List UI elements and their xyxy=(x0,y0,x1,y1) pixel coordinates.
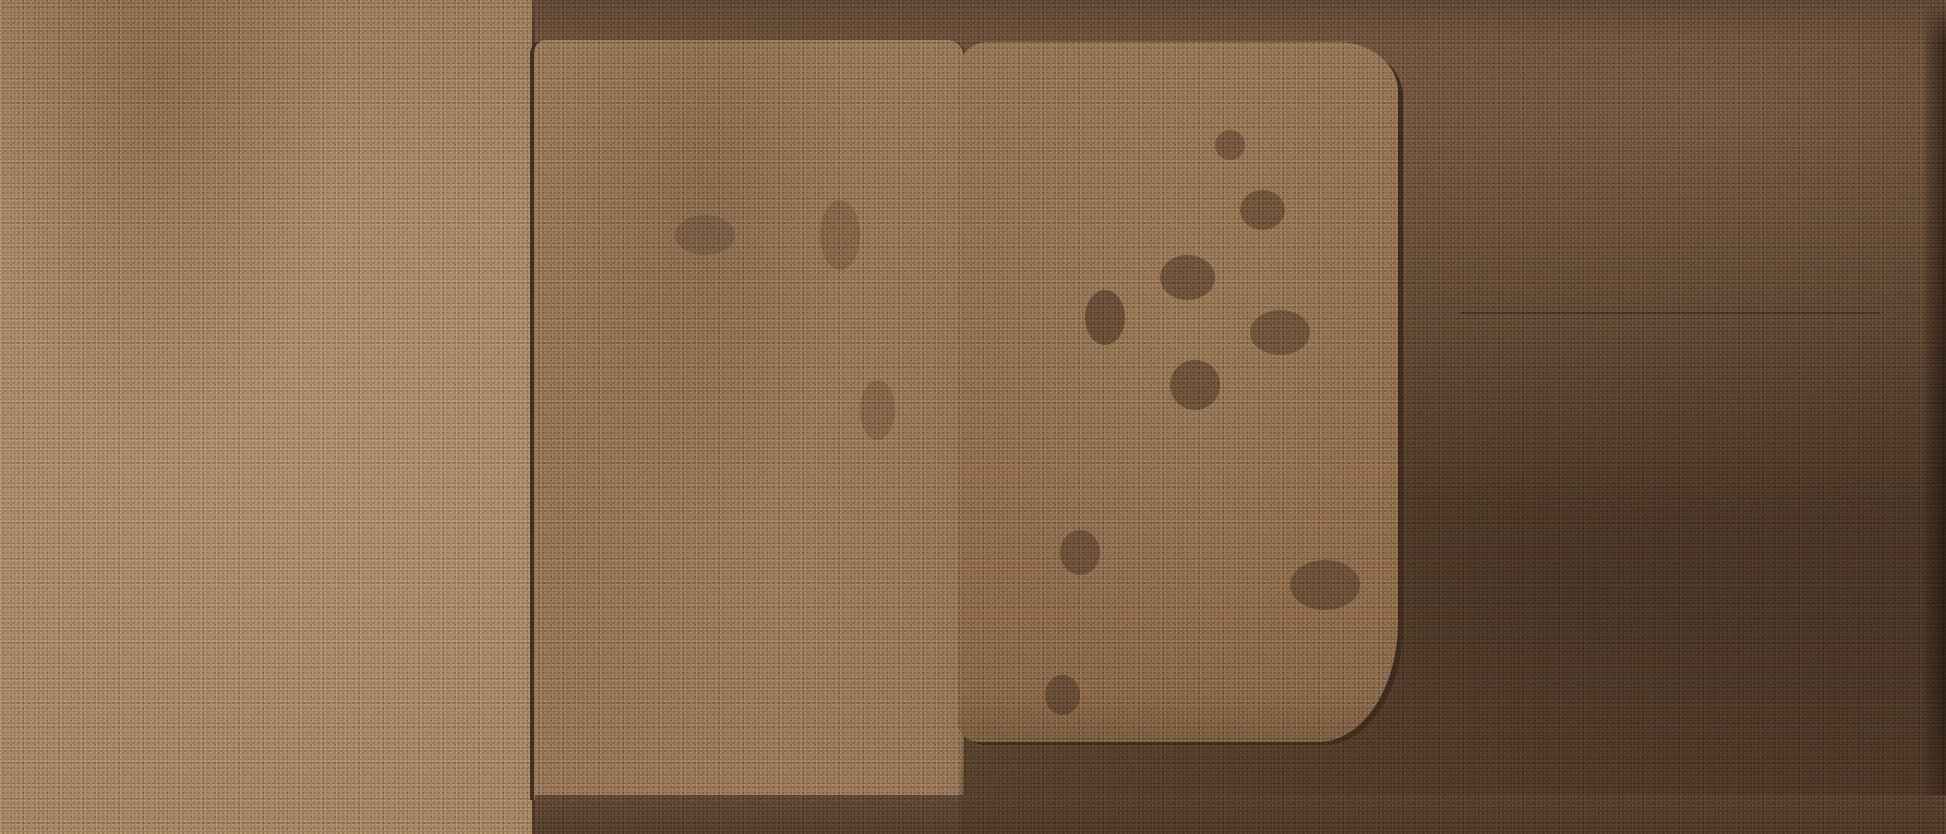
blotch xyxy=(860,380,895,440)
ink-swatch-photo: Sepia ink/watercolor wash swatches on te… xyxy=(0,0,1946,834)
granulated-swatch xyxy=(530,40,966,800)
blotch xyxy=(1160,255,1215,300)
blotch xyxy=(675,215,735,255)
light-swatch xyxy=(0,0,535,834)
bottom-shadow xyxy=(960,690,1946,834)
blotch xyxy=(1215,130,1245,160)
blotch xyxy=(1290,560,1360,610)
blotch xyxy=(1250,310,1310,355)
blotch xyxy=(1170,360,1220,410)
blotch xyxy=(1060,530,1100,575)
blotch xyxy=(820,200,860,270)
blotch xyxy=(1085,290,1125,345)
blotch xyxy=(1240,190,1285,230)
top-band xyxy=(532,0,1946,42)
faint-line xyxy=(1460,312,1880,314)
